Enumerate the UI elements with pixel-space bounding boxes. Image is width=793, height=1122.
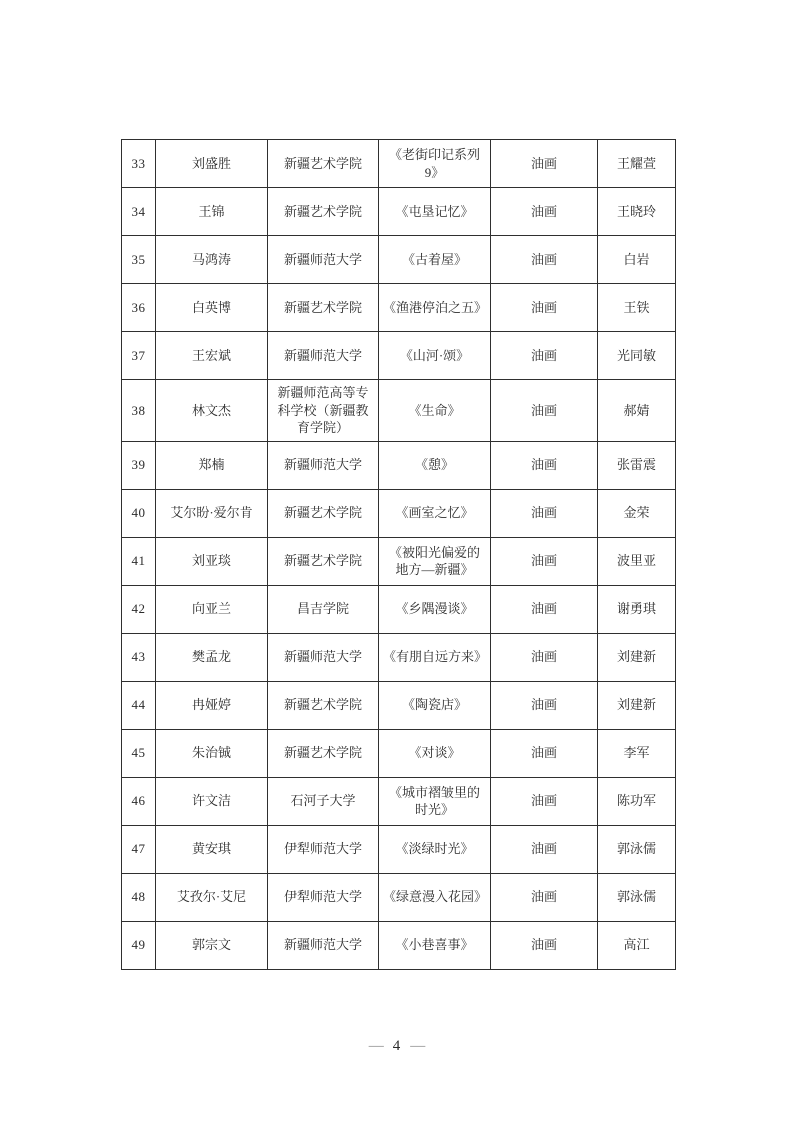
cell-school-name: 新疆艺术学院 [268,681,379,729]
cell-artwork-title: 《老街印记系列9》 [379,140,491,188]
page-number: 4 [383,1038,411,1054]
table-row: 34 王锦 新疆艺术学院 《屯垦记忆》 油画 王晓玲 [122,188,676,236]
cell-category: 油画 [491,188,598,236]
table-row: 46 许文洁 石河子大学 《城市褶皱里的时光》 油画 陈功军 [122,777,676,825]
cell-author-name: 黄安琪 [156,825,268,873]
table-row: 41 刘亚琰 新疆艺术学院 《被阳光偏爱的地方—新疆》 油画 波里亚 [122,537,676,585]
cell-instructor-name: 白岩 [598,236,676,284]
cell-instructor-name: 刘建新 [598,681,676,729]
cell-author-name: 王锦 [156,188,268,236]
table-row: 49 郭宗文 新疆师范大学 《小巷喜事》 油画 高江 [122,921,676,969]
cell-category: 油画 [491,140,598,188]
table-row: 37 王宏斌 新疆师范大学 《山河·颂》 油画 光同敏 [122,332,676,380]
cell-school-name: 伊犁师范大学 [268,873,379,921]
cell-author-name: 樊孟龙 [156,633,268,681]
cell-artwork-title: 《屯垦记忆》 [379,188,491,236]
cell-number: 47 [122,825,156,873]
cell-school-name: 新疆艺术学院 [268,489,379,537]
cell-school-name: 新疆师范大学 [268,332,379,380]
cell-number: 40 [122,489,156,537]
page-footer: —4— [0,1038,793,1055]
cell-instructor-name: 刘建新 [598,633,676,681]
cell-author-name: 朱治铖 [156,729,268,777]
cell-artwork-title: 《画室之忆》 [379,489,491,537]
cell-school-name: 石河子大学 [268,777,379,825]
cell-category: 油画 [491,777,598,825]
cell-school-name: 新疆师范大学 [268,441,379,489]
cell-artwork-title: 《有朋自远方来》 [379,633,491,681]
cell-artwork-title: 《生命》 [379,380,491,442]
cell-author-name: 艾孜尔·艾尼 [156,873,268,921]
cell-category: 油画 [491,585,598,633]
table-row: 35 马鸿涛 新疆师范大学 《古着屋》 油画 白岩 [122,236,676,284]
cell-artwork-title: 《山河·颂》 [379,332,491,380]
table-row: 43 樊孟龙 新疆师范大学 《有朋自远方来》 油画 刘建新 [122,633,676,681]
cell-artwork-title: 《乡隅漫谈》 [379,585,491,633]
cell-number: 34 [122,188,156,236]
cell-instructor-name: 李军 [598,729,676,777]
cell-category: 油画 [491,236,598,284]
cell-category: 油画 [491,633,598,681]
cell-author-name: 刘亚琰 [156,537,268,585]
cell-instructor-name: 王晓玲 [598,188,676,236]
cell-school-name: 新疆师范大学 [268,921,379,969]
cell-school-name: 新疆艺术学院 [268,729,379,777]
cell-author-name: 白英博 [156,284,268,332]
footer-right-dash: — [410,1038,424,1054]
table-row: 38 林文杰 新疆师范高等专科学校（新疆教育学院） 《生命》 油画 郝婧 [122,380,676,442]
cell-school-name: 新疆艺术学院 [268,537,379,585]
cell-number: 49 [122,921,156,969]
cell-category: 油画 [491,537,598,585]
cell-author-name: 马鸿涛 [156,236,268,284]
cell-category: 油画 [491,681,598,729]
cell-artwork-title: 《被阳光偏爱的地方—新疆》 [379,537,491,585]
cell-number: 43 [122,633,156,681]
cell-author-name: 林文杰 [156,380,268,442]
cell-artwork-title: 《城市褶皱里的时光》 [379,777,491,825]
cell-artwork-title: 《古着屋》 [379,236,491,284]
cell-category: 油画 [491,921,598,969]
table-row: 48 艾孜尔·艾尼 伊犁师范大学 《绿意漫入花园》 油画 郭泳儒 [122,873,676,921]
cell-author-name: 刘盛胜 [156,140,268,188]
cell-instructor-name: 谢勇琪 [598,585,676,633]
footer-left-dash: — [369,1038,383,1054]
cell-school-name: 新疆师范大学 [268,236,379,284]
cell-number: 33 [122,140,156,188]
cell-instructor-name: 郝婧 [598,380,676,442]
cell-instructor-name: 郭泳儒 [598,825,676,873]
table-row: 40 艾尔盼·爱尔肯 新疆艺术学院 《画室之忆》 油画 金荣 [122,489,676,537]
cell-author-name: 王宏斌 [156,332,268,380]
cell-instructor-name: 光同敏 [598,332,676,380]
cell-category: 油画 [491,489,598,537]
cell-number: 38 [122,380,156,442]
cell-artwork-title: 《对谈》 [379,729,491,777]
cell-artwork-title: 《小巷喜事》 [379,921,491,969]
table-row: 36 白英博 新疆艺术学院 《渔港停泊之五》 油画 王铁 [122,284,676,332]
cell-category: 油画 [491,380,598,442]
cell-number: 37 [122,332,156,380]
cell-author-name: 郑楠 [156,441,268,489]
cell-category: 油画 [491,825,598,873]
cell-category: 油画 [491,332,598,380]
cell-instructor-name: 王铁 [598,284,676,332]
document-page: 33 刘盛胜 新疆艺术学院 《老街印记系列9》 油画 王耀萱 34 王锦 新疆艺… [0,0,793,1122]
cell-instructor-name: 金荣 [598,489,676,537]
cell-number: 46 [122,777,156,825]
table-row: 33 刘盛胜 新疆艺术学院 《老街印记系列9》 油画 王耀萱 [122,140,676,188]
cell-category: 油画 [491,441,598,489]
cell-school-name: 新疆艺术学院 [268,140,379,188]
table-row: 47 黄安琪 伊犁师范大学 《淡绿时光》 油画 郭泳儒 [122,825,676,873]
cell-category: 油画 [491,729,598,777]
cell-number: 48 [122,873,156,921]
cell-instructor-name: 郭泳儒 [598,873,676,921]
cell-author-name: 向亚兰 [156,585,268,633]
cell-number: 42 [122,585,156,633]
cell-artwork-title: 《陶瓷店》 [379,681,491,729]
cell-number: 36 [122,284,156,332]
cell-school-name: 新疆师范高等专科学校（新疆教育学院） [268,380,379,442]
table-body: 33 刘盛胜 新疆艺术学院 《老街印记系列9》 油画 王耀萱 34 王锦 新疆艺… [122,140,676,970]
cell-number: 39 [122,441,156,489]
cell-number: 44 [122,681,156,729]
cell-number: 41 [122,537,156,585]
table-row: 39 郑楠 新疆师范大学 《憩》 油画 张雷震 [122,441,676,489]
cell-category: 油画 [491,284,598,332]
cell-artwork-title: 《渔港停泊之五》 [379,284,491,332]
cell-author-name: 许文洁 [156,777,268,825]
table-row: 44 冉娅婷 新疆艺术学院 《陶瓷店》 油画 刘建新 [122,681,676,729]
table-row: 45 朱治铖 新疆艺术学院 《对谈》 油画 李军 [122,729,676,777]
cell-school-name: 新疆艺术学院 [268,188,379,236]
cell-instructor-name: 高江 [598,921,676,969]
cell-artwork-title: 《淡绿时光》 [379,825,491,873]
cell-instructor-name: 波里亚 [598,537,676,585]
cell-instructor-name: 张雷震 [598,441,676,489]
cell-number: 35 [122,236,156,284]
table-row: 42 向亚兰 昌吉学院 《乡隅漫谈》 油画 谢勇琪 [122,585,676,633]
cell-number: 45 [122,729,156,777]
cell-author-name: 艾尔盼·爱尔肯 [156,489,268,537]
cell-artwork-title: 《憩》 [379,441,491,489]
cell-school-name: 伊犁师范大学 [268,825,379,873]
cell-school-name: 昌吉学院 [268,585,379,633]
cell-school-name: 新疆艺术学院 [268,284,379,332]
cell-category: 油画 [491,873,598,921]
cell-author-name: 郭宗文 [156,921,268,969]
cell-instructor-name: 王耀萱 [598,140,676,188]
cell-school-name: 新疆师范大学 [268,633,379,681]
artwork-award-table: 33 刘盛胜 新疆艺术学院 《老街印记系列9》 油画 王耀萱 34 王锦 新疆艺… [121,139,676,970]
cell-author-name: 冉娅婷 [156,681,268,729]
cell-artwork-title: 《绿意漫入花园》 [379,873,491,921]
cell-instructor-name: 陈功军 [598,777,676,825]
